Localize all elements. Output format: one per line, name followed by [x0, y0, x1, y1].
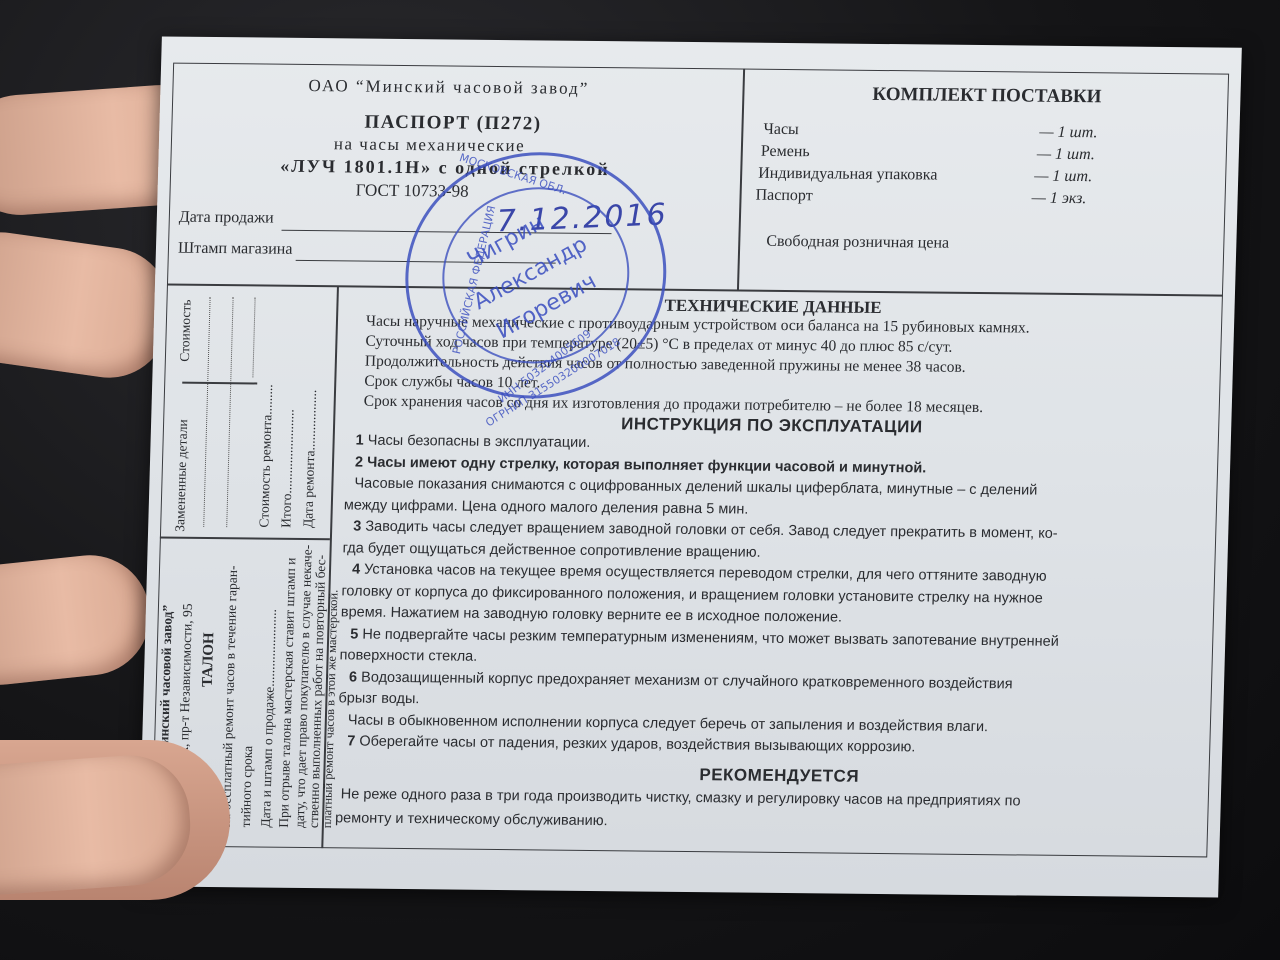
instruction-line: поверхности стекла.: [339, 647, 477, 664]
recommendation-title: РЕКОМЕНДУЕТСЯ: [699, 765, 859, 787]
passport-subtitle: на часы механические: [334, 134, 526, 156]
instruction-number: 5: [350, 626, 359, 642]
tech-data-title: ТЕХНИЧЕСКИЕ ДАННЫЕ: [664, 296, 882, 318]
cost-header: Стоимость: [177, 299, 195, 361]
instructions-title: ИНСТРУКЦИЯ ПО ЭКСПЛУАТАЦИИ: [621, 414, 923, 437]
watch-model: «ЛУЧ 1801.1Н» с одной стрелкой: [280, 156, 610, 180]
instruction-number: 4: [352, 561, 361, 577]
gost-standard: ГОСТ 10733-98: [355, 180, 469, 201]
instruction-number: 2: [355, 454, 364, 470]
delivery-item-qty: — 1 шт.: [1037, 146, 1096, 165]
instruction-number: 7: [347, 733, 356, 749]
instruction-text: брызг воды.: [338, 690, 419, 707]
instruction-line: 1 Часы безопасны в эксплуатации.: [355, 432, 590, 450]
delivery-item-name: Индивидуальная упаковка: [758, 165, 938, 185]
total-field: Итого.........................: [278, 409, 297, 528]
shop-stamp-label: Штамп магазина: [178, 240, 293, 259]
delivery-item-name: Часы: [763, 121, 799, 139]
delivery-item-name: Ремень: [761, 143, 810, 162]
talon-line: тийного срока: [238, 746, 256, 828]
company-name: ОАО “Минский часовой завод”: [308, 76, 589, 99]
sale-date-label: Дата продажи: [179, 209, 274, 228]
delivery-item-qty: — 1 шт.: [1039, 124, 1098, 143]
delivery-set-title: КОМПЛЕКТ ПОСТАВКИ: [872, 84, 1102, 108]
instruction-number: 1: [355, 432, 364, 448]
retail-price-note: Свободная розничная цена: [766, 233, 949, 253]
delivery-item-qty: — 1 шт.: [1034, 168, 1093, 187]
delivery-item-qty: — 1 экз.: [1031, 190, 1086, 209]
instruction-text: поверхности стекла.: [339, 647, 477, 664]
watch-passport-sheet: ОАО “Минский часовой завод” ПАСПОРТ (П27…: [138, 36, 1242, 897]
replaced-parts-header: Замененные детали: [172, 419, 191, 532]
passport-title: ПАСПОРТ (П272): [364, 112, 542, 136]
sale-date-handwritten: 7.12.2016: [496, 197, 668, 239]
instruction-text: Часы безопасны в эксплуатации.: [368, 433, 591, 451]
recommendation-line: ремонту и техническому обслуживанию.: [335, 810, 608, 829]
delivery-item-name: Паспорт: [755, 187, 813, 206]
instruction-number: 6: [349, 669, 358, 685]
instruction-number: 3: [353, 518, 362, 534]
tech-line: Срок службы часов 10 лет.: [364, 373, 541, 393]
talon-title: ТАЛОН: [200, 632, 219, 687]
instruction-line: брызг воды.: [338, 690, 419, 707]
